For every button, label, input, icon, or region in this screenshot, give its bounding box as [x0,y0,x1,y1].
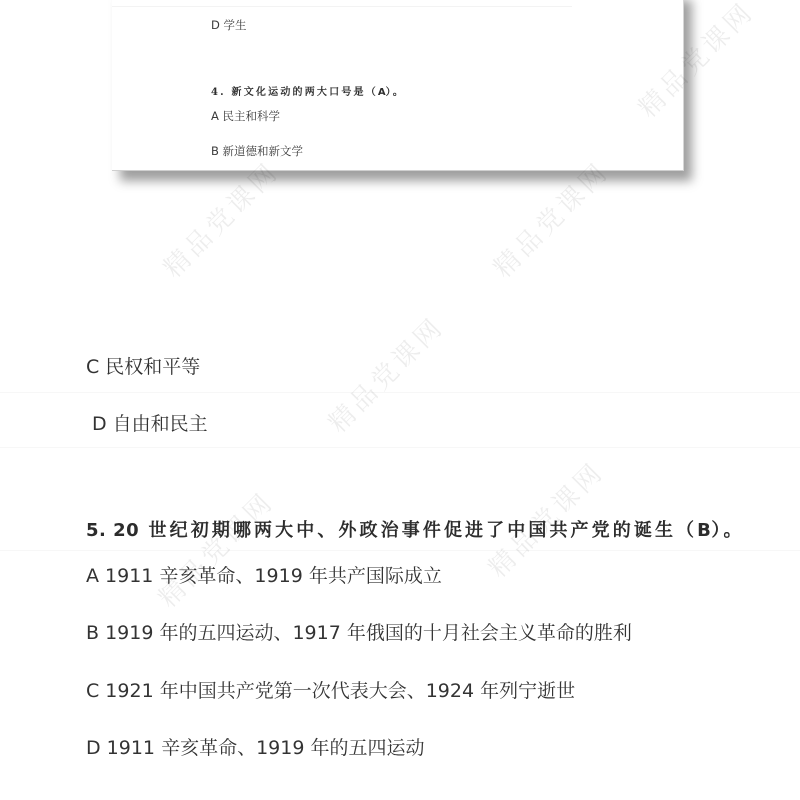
card-question-4: 4. 新文化运动的两大口号是（A）。 [211,83,405,98]
faint-separator [0,447,800,448]
card-option-b: B 新道德和新文学 [211,143,303,159]
question-5-option-b: B 1919 年的五四运动、1917 年俄国的十月社会主义革命的胜利 [86,618,632,645]
question-4-text: 4. 新文化运动的两大口号是（ [211,87,378,98]
question-5-option-a: A 1911 辛亥革命、1919 年共产国际成立 [86,561,442,588]
watermark: 精品党课网 [484,152,616,284]
card-prev-option-d: D 学生 [211,17,247,33]
faint-separator [0,550,800,551]
card-divider [112,6,572,7]
watermark: 精品党课网 [319,307,451,439]
watermark: 精品党课网 [154,152,286,284]
question-5-answer: B [697,520,711,541]
question-4-option-c: C 民权和平等 [86,352,200,379]
question-5-text: 世纪初期哪两大中、外政治事件促进了中国共产党的诞生（ [139,520,697,541]
question-5-number: 5. 20 [86,520,139,541]
faint-separator [0,392,800,393]
question-5-option-c: C 1921 年中国共产党第一次代表大会、1924 年列宁逝世 [86,676,575,703]
question-5-option-d: D 1911 辛亥革命、1919 年的五四运动 [86,733,424,760]
question-5-title: 5. 20 世纪初期哪两大中、外政治事件促进了中国共产党的诞生（B）。 [86,516,745,542]
card-option-a: A 民主和科学 [211,108,280,124]
watermark: 精品党课网 [149,482,281,614]
question-4-suffix: ）。 [386,87,405,98]
question-4-answer: A [378,87,386,98]
question-5-suffix: ）。 [711,520,744,541]
question-4-option-d: D 自由和民主 [92,409,208,436]
